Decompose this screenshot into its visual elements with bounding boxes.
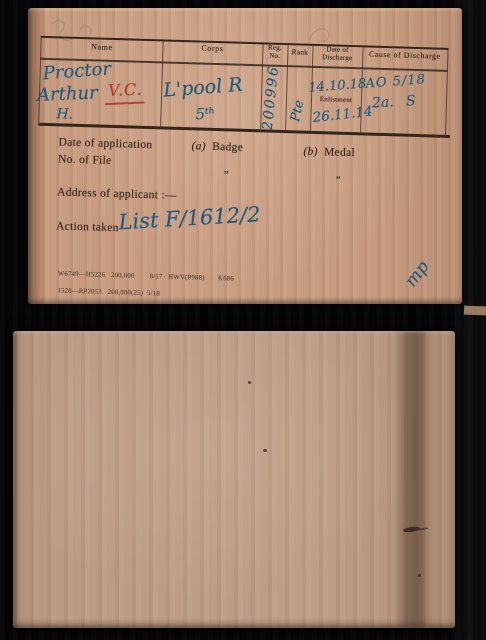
cause-of-discharge-entry-line2: 2a. S xyxy=(372,93,417,111)
address-of-applicant-label: Address of applicant :— xyxy=(57,186,177,202)
badge-word: Badge xyxy=(212,141,243,154)
vc-decoration: V.C. xyxy=(108,80,143,100)
shadow-band xyxy=(393,331,433,628)
badge-label: (a) Badge xyxy=(191,140,243,154)
name-entry-forename: Arthur xyxy=(37,82,98,105)
medal-label: (b) Medal xyxy=(303,146,355,160)
badge-prefix: (a) xyxy=(191,140,206,152)
column-header-rank: Rank xyxy=(287,48,312,56)
date-label-line2: Discharge xyxy=(322,53,352,62)
action-taken-label: Action taken xyxy=(56,220,119,234)
printers-imprint: W6749—H5226 200,000 8/17 HWV(P988) K686 … xyxy=(42,262,234,304)
photo-background: Name Corps Reg. No. Rank Date of Dischar… xyxy=(0,0,486,640)
record-card-back xyxy=(13,331,455,628)
enlistment-date-entry: 26.11.14 xyxy=(312,104,374,127)
rank-entry: Pte xyxy=(286,90,309,132)
column-header-corps: Corps xyxy=(162,43,262,54)
no-of-file-label: No. of File xyxy=(58,153,112,167)
paper-speck xyxy=(248,381,251,384)
table-rule-bottom xyxy=(38,123,450,138)
column-header-cause-of-discharge: Cause of Discharge xyxy=(362,50,447,61)
medal-prefix: (b) xyxy=(303,146,318,158)
date-of-application-label: Date of application xyxy=(58,136,152,151)
card-front-content: Name Corps Reg. No. Rank Date of Dischar… xyxy=(28,8,462,304)
vc-underline xyxy=(105,102,145,106)
corps-entry: L'pool R xyxy=(163,74,244,102)
imprint-line1: W6749—H5226 200,000 8/17 HWV(P988) K686 xyxy=(58,271,234,283)
imprint-line2: 1528—RP2053 200,000(25) 5/18 xyxy=(57,288,160,298)
name-entry-initial: H. xyxy=(56,106,73,122)
badge-ditto-mark: ” xyxy=(224,169,230,181)
cause-of-discharge-entry-line1: AO 5/18 xyxy=(365,72,426,91)
medal-word: Medal xyxy=(324,146,355,159)
table-divider xyxy=(445,48,449,135)
record-card-front: Name Corps Reg. No. Rank Date of Dischar… xyxy=(28,8,462,304)
column-header-date-of-discharge: Date of Discharge xyxy=(312,46,362,63)
medal-ditto-mark: ” xyxy=(335,175,341,187)
card-corner-sliver xyxy=(464,306,486,316)
clerk-initials: mp xyxy=(401,257,433,291)
battalion-entry: 5ᵗʰ xyxy=(195,104,216,123)
discharge-date-entry: 14.10.18 xyxy=(308,76,367,95)
enlistment-label: Enlistment xyxy=(311,96,361,105)
action-taken-entry: List F/1612/2 xyxy=(118,202,261,234)
name-entry-surname: Proctor xyxy=(42,58,112,84)
paper-speck xyxy=(263,449,267,452)
paper-speck xyxy=(418,574,421,577)
